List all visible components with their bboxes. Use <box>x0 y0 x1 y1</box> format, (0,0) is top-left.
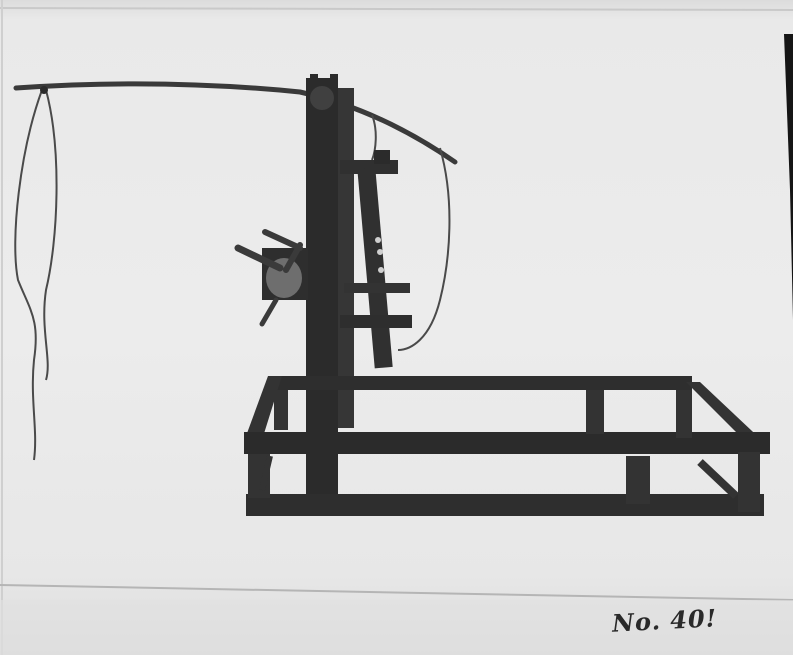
middle-crossbar <box>344 283 410 293</box>
frame-rear-rail <box>272 376 692 390</box>
board-edge-shadow <box>784 34 793 320</box>
pivot-pulley <box>310 86 334 110</box>
photograph: No. 40! <box>0 0 793 655</box>
guide-rail <box>357 168 392 369</box>
card-bottom-seam <box>0 585 793 600</box>
leg-front-right <box>738 452 760 512</box>
catalog-number-label: No. 40! <box>611 603 718 637</box>
leg-mid-rear <box>586 390 604 434</box>
leg-rear-right <box>676 390 692 438</box>
spindle-arm-3 <box>262 300 276 324</box>
cord-left-outer <box>15 90 42 460</box>
spindle-arm-2 <box>265 232 300 248</box>
lower-crossbar <box>340 315 412 328</box>
frame-brace-right <box>700 462 736 496</box>
cord-left-inner <box>44 90 56 380</box>
leg-rear-left <box>274 390 288 430</box>
card-top-edge <box>0 8 793 10</box>
leg-mid-front <box>626 456 650 504</box>
frame-bottom-rail <box>246 494 764 516</box>
model-photo <box>0 0 793 655</box>
cord-knot-left <box>40 86 48 94</box>
